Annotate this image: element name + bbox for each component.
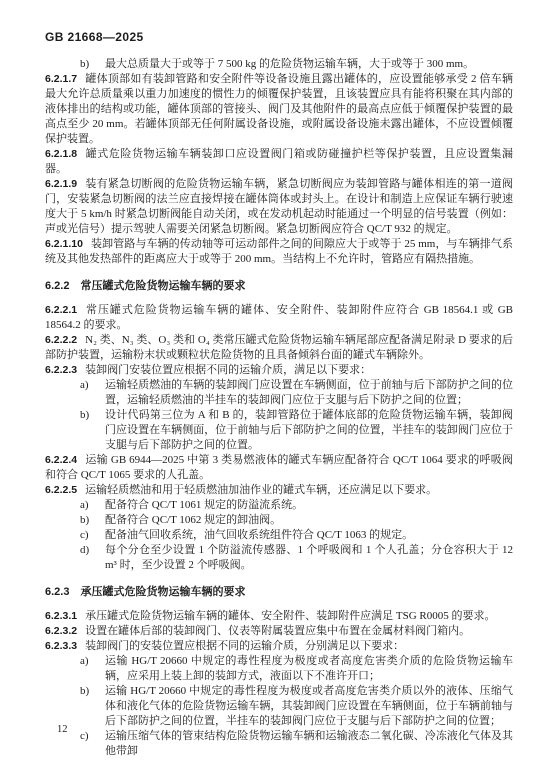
list-item-marker: b) <box>80 513 105 528</box>
list-item: a) 配备符合 QC/T 1061 规定的防溢流系统。 <box>45 498 513 513</box>
section-number: 6.2.3 <box>45 586 69 598</box>
clause-6-2-3-1: 6.2.3.1承压罐式危险货物运输车辆的罐体、安全附件、装卸附件应满足 TSG … <box>45 609 513 624</box>
list-item-text: 运输压缩气体的管束结构危险货物运输车辆和运输液态二氧化碳、冷冻液化气体及其他带卸 <box>105 729 513 759</box>
clause-number: 6.2.2.1 <box>45 304 77 316</box>
list-item: a) 运输 HG/T 20660 中规定的毒性程度为极度或者高度危害类介质的危险… <box>45 654 513 684</box>
section-title: 承压罐式危险货物运输车辆的要求 <box>80 586 245 598</box>
standard-number: GB 21668—2025 <box>45 30 513 44</box>
document-page: GB 21668—2025 b) 最大总质量大于或等于 7 500 kg 的危险… <box>0 0 557 781</box>
clause-number: 6.2.2.5 <box>45 484 77 496</box>
list-item-text: 最大总质量大于或等于 7 500 kg 的危险货物运输车辆，大于或等于 300 … <box>105 57 513 72</box>
list-item: b) 配备符合 QC/T 1062 规定的卸油阀。 <box>45 513 513 528</box>
list-item-marker: a) <box>80 378 105 408</box>
clause-number: 6.2.3.2 <box>45 625 77 637</box>
list-item: b) 最大总质量大于或等于 7 500 kg 的危险货物运输车辆，大于或等于 3… <box>45 57 513 72</box>
clause-text: 运输轻质燃油和用于轻质燃油加油作业的罐式车辆，还应满足以下要求。 <box>85 484 437 496</box>
list-item-marker: b) <box>80 684 105 729</box>
clause-6-2-3-2: 6.2.3.2设置在罐体后部的装卸阀门、仪表等附属装置应集中布置在金属材料阀门箱… <box>45 624 513 639</box>
clause-text: 装有紧急切断阀的危险货物运输车辆，紧急切断阀应为装卸管路与罐体相连的第一道阀门，… <box>45 178 513 235</box>
clause-text: 装卸阀门的安装位置应根据不同的运输介质，分别满足以下要求： <box>85 640 404 652</box>
clause-text: 装卸阀门安装位置应根据不同的运输介质，满足以下要求： <box>85 364 371 376</box>
clause-text: 运输 GB 6944—2025 中第 3 类易燃液体的罐式车辆应配备符合 QC/… <box>45 454 513 481</box>
clause-6-2-3-3: 6.2.3.3装卸阀门的安装位置应根据不同的运输介质，分别满足以下要求： <box>45 639 513 654</box>
clause-number: 6.2.1.9 <box>45 178 77 190</box>
list-item-marker: c) <box>80 528 105 543</box>
list-item-text: 每个分仓至少设置 1 个防溢流传感器、1 个呼吸阀和 1 个人孔盖；分仓容积大于… <box>105 543 513 573</box>
list-item-text: 运输 HG/T 20660 中规定的毒性程度为极度或者高度危害类介质以外的液体、… <box>105 684 513 729</box>
list-item: c) 配备油气回收系统，油气回收系统组件符合 QC/T 1063 的规定。 <box>45 528 513 543</box>
list-item-text: 运输 HG/T 20660 中规定的毒性程度为极度或者高度危害类介质的危险货物运… <box>105 654 513 684</box>
clause-text: N₂ 类、N₃ 类、O₃ 类和 O₄ 类常压罐式危险货物运输车辆尾部应配备满足附… <box>45 334 513 361</box>
list-item-marker: b) <box>80 57 105 72</box>
clause-text: 罐体顶部如有装卸管路和安全附件等设备设施且露出罐体的，应设置能够承受 2 倍车辆… <box>45 73 513 145</box>
list-item-marker: b) <box>80 408 105 453</box>
list-item-marker: d) <box>80 543 105 573</box>
list-item-text: 配备符合 QC/T 1061 规定的防溢流系统。 <box>105 498 513 513</box>
list-item: a) 运输轻质燃油的车辆的装卸阀门应设置在车辆侧面，位于前轴与后下部防护之间的位… <box>45 378 513 408</box>
section-number: 6.2.2 <box>45 280 69 292</box>
list-item: d) 每个分仓至少设置 1 个防溢流传感器、1 个呼吸阀和 1 个人孔盖；分仓容… <box>45 543 513 573</box>
list-item-text: 配备符合 QC/T 1062 规定的卸油阀。 <box>105 513 513 528</box>
section-heading-6-2-3: 6.2.3承压罐式危险货物运输车辆的要求 <box>45 585 513 600</box>
clause-6-2-1-10: 6.2.1.10装卸管路与车辆的传动轴等可运动部件之间的间隙应大于或等于 25 … <box>45 237 513 267</box>
clause-6-2-1-9: 6.2.1.9装有紧急切断阀的危险货物运输车辆，紧急切断阀应为装卸管路与罐体相连… <box>45 177 513 237</box>
clause-text: 罐式危险货物运输车辆装卸口应设置阀门箱或防碰撞护栏等保护装置，且应设置集漏器。 <box>45 148 513 175</box>
clause-6-2-2-1: 6.2.2.1常压罐式危险货物运输车辆的罐体、安全附件、装卸附件应符合 GB 1… <box>45 303 513 333</box>
clause-6-2-2-5: 6.2.2.5运输轻质燃油和用于轻质燃油加油作业的罐式车辆，还应满足以下要求。 <box>45 483 513 498</box>
list-item: c) 运输压缩气体的管束结构危险货物运输车辆和运输液态二氧化碳、冷冻液化气体及其… <box>45 729 513 759</box>
clause-number: 6.2.3.1 <box>45 610 77 622</box>
clause-text: 设置在罐体后部的装卸阀门、仪表等附属装置应集中布置在金属材料阀门箱内。 <box>85 625 470 637</box>
clause-6-2-2-2: 6.2.2.2N₂ 类、N₃ 类、O₃ 类和 O₄ 类常压罐式危险货物运输车辆尾… <box>45 333 513 363</box>
clause-number: 6.2.1.8 <box>45 148 77 160</box>
list-item-marker: a) <box>80 498 105 513</box>
list-item-text: 设计代码第三位为 A 和 B 的，装卸管路位于罐体底部的危险货物运输车辆，装卸阀… <box>105 408 513 453</box>
list-item: b) 运输 HG/T 20660 中规定的毒性程度为极度或者高度危害类介质以外的… <box>45 684 513 729</box>
list-item: b) 设计代码第三位为 A 和 B 的，装卸管路位于罐体底部的危险货物运输车辆，… <box>45 408 513 453</box>
clause-text: 承压罐式危险货物运输车辆的罐体、安全附件、装卸附件应满足 TSG R0005 的… <box>85 610 495 622</box>
clause-6-2-1-8: 6.2.1.8罐式危险货物运输车辆装卸口应设置阀门箱或防碰撞护栏等保护装置，且应… <box>45 147 513 177</box>
clause-number: 6.2.2.2 <box>45 334 77 346</box>
list-item-marker: a) <box>80 654 105 684</box>
clause-6-2-1-7: 6.2.1.7罐体顶部如有装卸管路和安全附件等设备设施且露出罐体的，应设置能够承… <box>45 72 513 147</box>
section-heading-6-2-2: 6.2.2常压罐式危险货物运输车辆的要求 <box>45 279 513 294</box>
clause-text: 装卸管路与车辆的传动轴等可运动部件之间的间隙应大于或等于 25 mm，与车辆排气… <box>45 238 513 265</box>
section-title: 常压罐式危险货物运输车辆的要求 <box>80 280 245 292</box>
list-item-text: 配备油气回收系统，油气回收系统组件符合 QC/T 1063 的规定。 <box>105 528 513 543</box>
clause-number: 6.2.3.3 <box>45 640 77 652</box>
clause-6-2-2-4: 6.2.2.4运输 GB 6944—2025 中第 3 类易燃液体的罐式车辆应配… <box>45 453 513 483</box>
clause-number: 6.2.2.3 <box>45 364 77 376</box>
list-item-text: 运输轻质燃油的车辆的装卸阀门应设置在车辆侧面，位于前轴与后下部防护之间的位置，运… <box>105 378 513 408</box>
clause-number: 6.2.2.4 <box>45 454 77 466</box>
list-item-marker: c) <box>80 729 105 759</box>
clause-number: 6.2.1.7 <box>45 73 77 85</box>
page-number: 12 <box>57 724 68 735</box>
clause-number: 6.2.1.10 <box>45 238 83 250</box>
clause-6-2-2-3: 6.2.2.3装卸阀门安装位置应根据不同的运输介质，满足以下要求： <box>45 363 513 378</box>
clause-text: 常压罐式危险货物运输车辆的罐体、安全附件、装卸附件应符合 GB 18564.1 … <box>45 304 513 331</box>
